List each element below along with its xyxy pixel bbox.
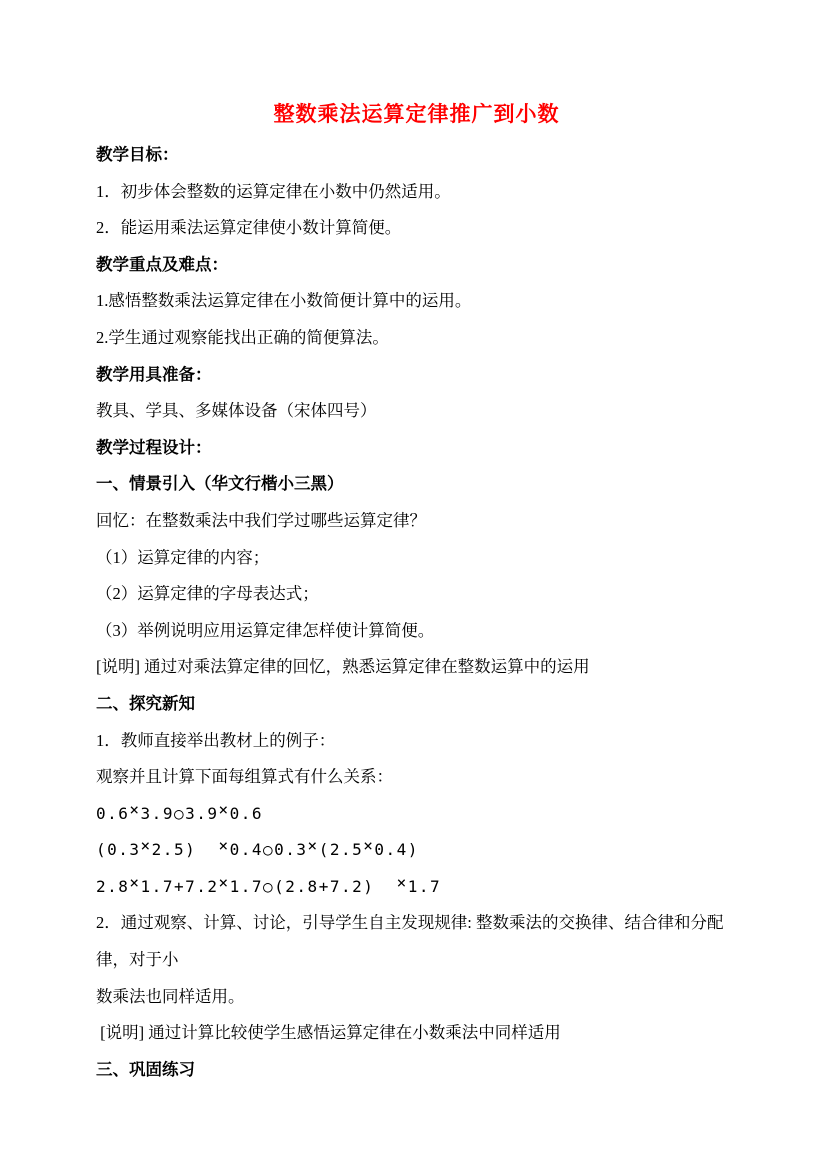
recall-item-1: （1）运算定律的内容；: [96, 540, 737, 577]
heading-materials: 教学用具准备：: [96, 357, 737, 394]
objective-item-1: 1．初步体会整数的运算定律在小数中仍然适用。: [96, 174, 737, 211]
key-point-item-1: 1.感悟整数乘法运算定律在小数简便计算中的运用。: [96, 283, 737, 320]
doc-title: 整数乘法运算定律推广到小数: [96, 92, 737, 137]
explore-step-2-line-1: 2．通过观察、计算、讨论，引导学生自主发现规律: 整数乘法的交换律、结合律和分配…: [96, 905, 737, 978]
objective-item-2: 2．能运用乘法运算定律使小数计算简便。: [96, 210, 737, 247]
multiply-sign: ×: [141, 836, 152, 855]
multiply-sign: ×: [218, 800, 229, 819]
multiply-sign: ×: [218, 873, 229, 892]
section-3-heading: 三、巩固练习: [96, 1052, 737, 1089]
recall-item-3: （3）举例说明应用运算定律怎样使计算简便。: [96, 613, 737, 650]
heading-objectives: 教学目标：: [96, 137, 737, 174]
note-remark-1: [说明] 通过对乘法算定律的回忆，熟悉运算定律在整数运算中的运用: [96, 649, 737, 686]
note-remark-2: [说明] 通过计算比较使学生感悟运算定律在小数乘法中同样适用: [96, 1015, 737, 1052]
multiply-sign: ×: [218, 836, 229, 855]
heading-process: 教学过程设计：: [96, 430, 737, 467]
math-expression-1: 0.6×3.9○3.9×0.6: [96, 796, 737, 833]
explore-step-2-line-2: 数乘法也同样适用。: [96, 979, 737, 1016]
explore-step-1: 1．教师直接举出教材上的例子：: [96, 723, 737, 760]
section-2-heading: 二、探究新知: [96, 686, 737, 723]
document-page: 整数乘法运算定律推广到小数 教学目标： 1．初步体会整数的运算定律在小数中仍然适…: [0, 0, 827, 1170]
key-point-item-2: 2.学生通过观察能找出正确的简便算法。: [96, 320, 737, 357]
math-expression-2: (0.3×2.5) ×0.4○0.3×(2.5×0.4): [96, 832, 737, 869]
multiply-sign: ×: [308, 836, 319, 855]
heading-key-points: 教学重点及难点：: [96, 247, 737, 284]
materials-text: 教具、学具、多媒体设备（宋体四号）: [96, 393, 737, 430]
observe-prompt: 观察并且计算下面每组算式有什么关系：: [96, 759, 737, 796]
recall-question: 回忆：在整数乘法中我们学过哪些运算定律？: [96, 503, 737, 540]
section-1-heading: 一、情景引入（华文行楷小三黑）: [96, 466, 737, 503]
recall-item-2: （2）运算定律的字母表达式；: [96, 576, 737, 613]
multiply-sign: ×: [397, 873, 408, 892]
multiply-sign: ×: [363, 836, 374, 855]
math-expression-3: 2.8×1.7+7.2×1.7○(2.8+7.2) ×1.7: [96, 869, 737, 906]
multiply-sign: ×: [129, 873, 140, 892]
multiply-sign: ×: [129, 800, 140, 819]
